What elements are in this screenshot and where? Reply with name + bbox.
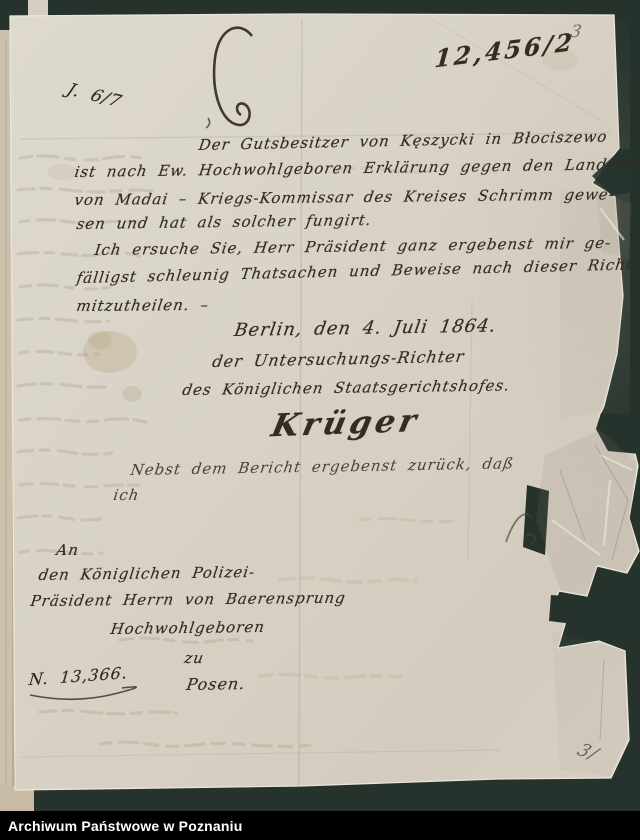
letter-text: J. 6/7 12,456/2 3 Der Gutsbesitzer von K… [0, 0, 640, 840]
address-line: Hochwohlgeboren [109, 618, 266, 638]
watermark-label: Archiwum Państwowe w Poznaniu [0, 818, 243, 834]
torn-edge [10, 14, 639, 790]
fold-creases [20, 18, 610, 786]
address-line: zu [183, 649, 205, 667]
watermark-bar: Archiwum Państwowe w Poznaniu [0, 811, 640, 840]
folio-number: 3 [569, 22, 584, 42]
reference-underline [30, 687, 136, 699]
document-scan [0, 0, 640, 840]
ghost-writing [18, 156, 452, 747]
note-line: ich [112, 486, 141, 504]
archive-scan-viewer: J. 6/7 12,456/2 3 Der Gutsbesitzer von K… [0, 0, 640, 840]
registry-mark: J. 6/7 [64, 80, 125, 112]
paper-tab [28, 0, 48, 16]
letter-line: Ich ersuche Sie, Herr Präsident ganz erg… [93, 234, 612, 259]
note-line: Nebst dem Bericht ergebenst zurück, daß [129, 454, 515, 479]
address-line: An [55, 541, 80, 559]
corner-mark: 3/ [573, 740, 602, 765]
dateline: Berlin, den 4. Juli 1864. [233, 315, 498, 341]
letter-line: Der Gutsbesitzer von Kęszycki in Błocisz… [198, 127, 609, 154]
address-line: den Königlichen Polizei- [37, 563, 256, 584]
opening-flourish [206, 28, 252, 128]
stains [47, 50, 578, 402]
address-line: Präsident Herrn von Baerensprung [29, 589, 347, 610]
letter-line: sen und hat als solcher fungirt. [75, 211, 373, 233]
letter-line: fälligst schleunig Thatsachen und Beweis… [76, 255, 640, 287]
sender-line: des Königlichen Staatsgerichtshofes. [181, 376, 511, 399]
address-line: Posen. [185, 674, 246, 694]
signature: Krüger [268, 403, 423, 444]
left-page-strip [0, 30, 34, 817]
ink-mark [506, 514, 535, 544]
reference-number: N. 13,366. [28, 663, 129, 689]
sender-line: der Untersuchungs-Richter [211, 347, 466, 371]
paper-sheet [10, 14, 639, 790]
letter-line: von Madai – Kriegs-Kommissar des Kreises… [73, 185, 616, 209]
letter-line: ist nach Ew. Hochwohlgeboren Erklärung g… [73, 155, 640, 181]
letter-line: mitzutheilen. – [75, 296, 210, 315]
crumpled-flaps [536, 190, 637, 776]
tear-gaps [523, 149, 640, 628]
archive-number: 12,456/2 [433, 27, 576, 74]
